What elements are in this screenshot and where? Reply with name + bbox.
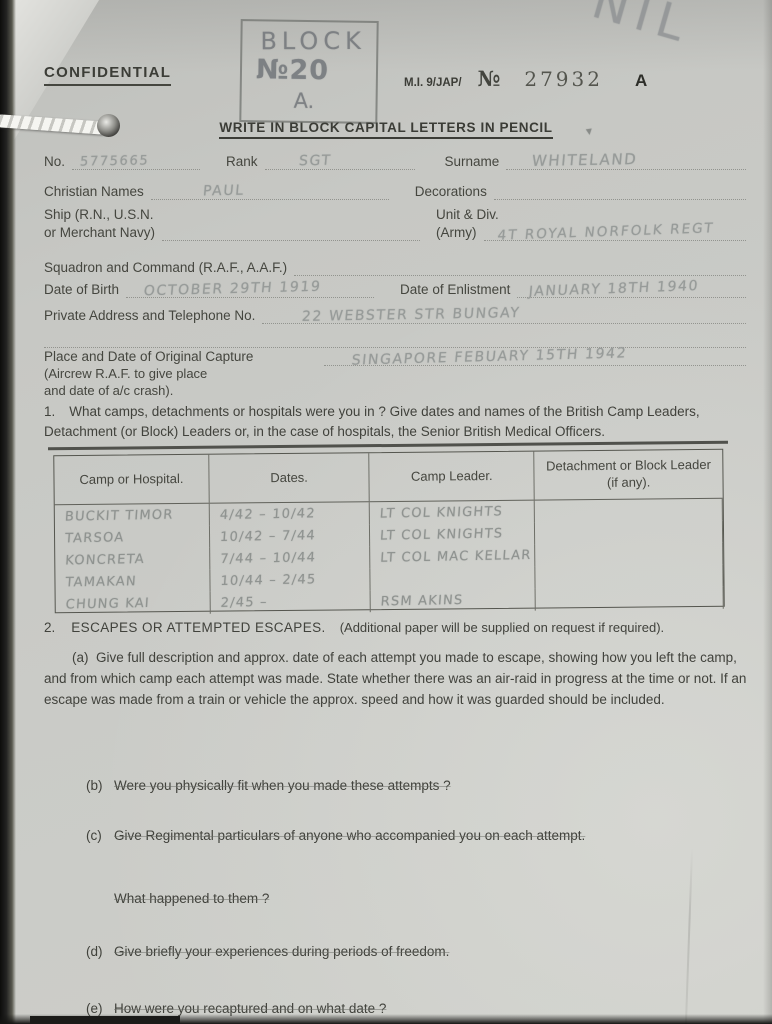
classification-label: CONFIDENTIAL: [44, 64, 171, 86]
row-address-continuation: [44, 330, 746, 348]
row-birth-enlistment: Date of Birth OCTOBER 29TH 1919 Date of …: [44, 280, 746, 298]
unit-label-line2: (Army): [436, 224, 477, 241]
item-b-text: Were you physically fit when you made th…: [114, 778, 451, 793]
stamp-line-number: №20: [256, 54, 329, 86]
capture-label-line1: Place and Date of Original Capture: [44, 348, 324, 365]
question2-note: (Additional paper will be supplied on re…: [340, 620, 664, 635]
address-continuation-field: [44, 330, 746, 348]
item-d-tag: (d): [86, 944, 114, 959]
header-camp-leader: Camp Leader.: [370, 452, 535, 502]
christian-names-handwritten: PAUL: [202, 183, 245, 200]
leader-handwritten: RSM AKINS: [380, 592, 464, 609]
leader-handwritten: LT COL KNIGHTS: [380, 526, 504, 543]
item-c-followup-text: What happened to them ?: [114, 891, 269, 906]
camp-handwritten: KONCRETA: [65, 551, 146, 567]
file-reference: M.I. 9/JAP/ № 27932 A: [404, 66, 647, 91]
date-of-enlistment-field: JANUARY 18TH 1940: [517, 280, 746, 298]
date-of-birth-field: OCTOBER 29TH 1919: [126, 280, 374, 298]
item-c-tag: (c): [86, 828, 114, 843]
squadron-label: Squadron and Command (R.A.F., A.A.F.): [44, 259, 287, 276]
date-of-enlistment-label: Date of Enlistment: [400, 281, 510, 298]
camps-table: Camp or Hospital. Dates. Camp Leader. De…: [53, 449, 724, 613]
leader-handwritten: LT COL KNIGHTS: [380, 504, 504, 521]
question2-item-d: (d) Give briefly your experiences during…: [86, 944, 449, 959]
leader-handwritten: LT COL MAC KELLAR: [380, 547, 532, 565]
numero-sign: №: [478, 66, 501, 91]
scanned-pow-questionnaire-page: NIL CONFIDENTIAL BLOCK №20 A. M.I. 9/JAP…: [0, 0, 772, 1024]
unit-field: 4T ROYAL NORFOLK REGT: [484, 223, 747, 241]
dates-handwritten: 2/45 –: [220, 594, 268, 610]
header-camp-or-hospital: Camp or Hospital.: [54, 455, 209, 504]
capture-label-block: Place and Date of Original Capture (Airc…: [44, 348, 324, 399]
christian-names-field: PAUL: [151, 182, 389, 200]
item-c-text: Give Regimental particulars of anyone wh…: [114, 828, 585, 843]
ship-field: [162, 223, 420, 241]
capture-handwritten: SINGAPORE FEBUARY 15TH 1942: [351, 345, 628, 368]
stamp-line-series: A.: [293, 89, 314, 113]
ship-label-line1: Ship (R.N., U.S.N.: [44, 206, 436, 223]
item-a-tag: (a): [72, 650, 89, 665]
item-b-tag: (b): [86, 778, 114, 793]
reference-prefix: M.I. 9/JAP/: [404, 77, 462, 89]
private-address-handwritten: 22 WEBSTER STR BUNGAY: [302, 305, 522, 325]
rank-handwritten: SGT: [298, 153, 332, 170]
item-d-text: Give briefly your experiences during per…: [114, 944, 449, 959]
date-of-enlistment-handwritten: JANUARY 18TH 1940: [528, 278, 700, 300]
pencil-nil-note: NIL: [586, 0, 698, 55]
question2-item-b: (b) Were you physically fit when you mad…: [86, 778, 451, 793]
rank-label: Rank: [226, 153, 258, 170]
private-address-label: Private Address and Telephone No.: [44, 307, 255, 324]
camp-handwritten: TARSOA: [65, 530, 125, 546]
dates-handwritten: 10/42 – 7/44: [219, 528, 316, 545]
reference-series-letter: A: [635, 71, 647, 91]
row-squadron: Squadron and Command (R.A.F., A.A.F.): [44, 258, 746, 276]
row-ship-unit: Ship (R.N., U.S.N. or Merchant Navy) Uni…: [44, 206, 746, 241]
christian-names-label: Christian Names: [44, 183, 144, 200]
service-no-field: 5775665: [72, 152, 200, 170]
question2-number: 2.: [44, 620, 55, 635]
reference-number: 27932: [524, 67, 603, 91]
unit-block: Unit & Div. (Army) 4T ROYAL NORFOLK REGT: [436, 206, 746, 241]
capture-label-line3: and date of a/c crash).: [44, 382, 324, 399]
stamp-line-block: BLOCK: [260, 27, 365, 55]
service-no-handwritten: 5775665: [79, 153, 150, 169]
question1-text: 1.What camps, detachments or hospitals w…: [44, 402, 746, 443]
question1-number: 1.: [44, 404, 55, 419]
row-capture: Place and Date of Original Capture (Airc…: [44, 348, 746, 399]
question2-item-a: (a) Give full description and approx. da…: [44, 648, 752, 711]
decorations-label: Decorations: [415, 183, 487, 200]
date-of-birth-handwritten: OCTOBER 29TH 1919: [143, 279, 322, 300]
block-stamp-box: BLOCK №20 A.: [239, 19, 378, 124]
question2-title: ESCAPES OR ATTEMPTED ESCAPES.: [71, 620, 325, 635]
surname-field: WHITELAND: [506, 152, 746, 170]
header-dates: Dates.: [209, 453, 370, 503]
camps-table-header-row: Camp or Hospital. Dates. Camp Leader. De…: [54, 450, 722, 505]
instruction-text: WRITE IN BLOCK CAPITAL LETTERS IN PENCIL: [219, 120, 552, 139]
ship-block: Ship (R.N., U.S.N. or Merchant Navy): [44, 206, 436, 241]
date-of-birth-label: Date of Birth: [44, 281, 119, 298]
header-detachment-leader: Detachment or Block Leader (if any).: [535, 450, 723, 500]
question2-item-c: (c) Give Regimental particulars of anyon…: [86, 828, 585, 843]
right-page-edge-shade: [763, 0, 772, 1024]
unit-handwritten: 4T ROYAL NORFOLK REGT: [496, 220, 715, 244]
bottom-page-edge-dark: [30, 1016, 180, 1024]
squadron-field: [294, 258, 746, 276]
private-address-field: 22 WEBSTER STR BUNGAY: [262, 306, 746, 324]
paper-crease: [685, 848, 693, 1024]
dates-handwritten: 10/44 – 2/45: [220, 572, 317, 589]
question2-heading: 2. ESCAPES OR ATTEMPTED ESCAPES. (Additi…: [44, 620, 664, 635]
row-number-rank-surname: No. 5775665 Rank SGT Surname WHITELAND: [44, 152, 746, 170]
surname-label: Surname: [445, 153, 500, 170]
dates-handwritten: 7/44 – 10/44: [220, 550, 317, 567]
dates-handwritten: 4/42 – 10/42: [219, 506, 316, 523]
row-christian-decorations: Christian Names PAUL Decorations: [44, 182, 746, 200]
ship-label-line2: or Merchant Navy): [44, 224, 155, 241]
question2-item-c-followup: What happened to them ?: [114, 891, 269, 906]
capture-field: SINGAPORE FEBUARY 15TH 1942: [324, 348, 746, 366]
page-spine-edge: [0, 0, 16, 1024]
row-private-address: Private Address and Telephone No. 22 WEB…: [44, 306, 746, 324]
camp-handwritten: CHUNG KAI: [65, 595, 150, 612]
decorations-field: [494, 182, 746, 200]
capture-label-line2: (Aircrew R.A.F. to give place: [44, 365, 324, 382]
service-no-label: No.: [44, 153, 65, 170]
camp-handwritten: TAMAKAN: [65, 574, 137, 590]
camps-table-body: BUCKIT TIMOR 4/42 – 10/42 LT COL KNIGHTS…: [55, 499, 724, 615]
instruction-banner: WRITE IN BLOCK CAPITAL LETTERS IN PENCIL: [0, 119, 772, 137]
camp-handwritten: BUCKIT TIMOR: [64, 507, 174, 524]
surname-handwritten: WHITELAND: [531, 150, 638, 170]
rank-field: SGT: [265, 152, 415, 170]
